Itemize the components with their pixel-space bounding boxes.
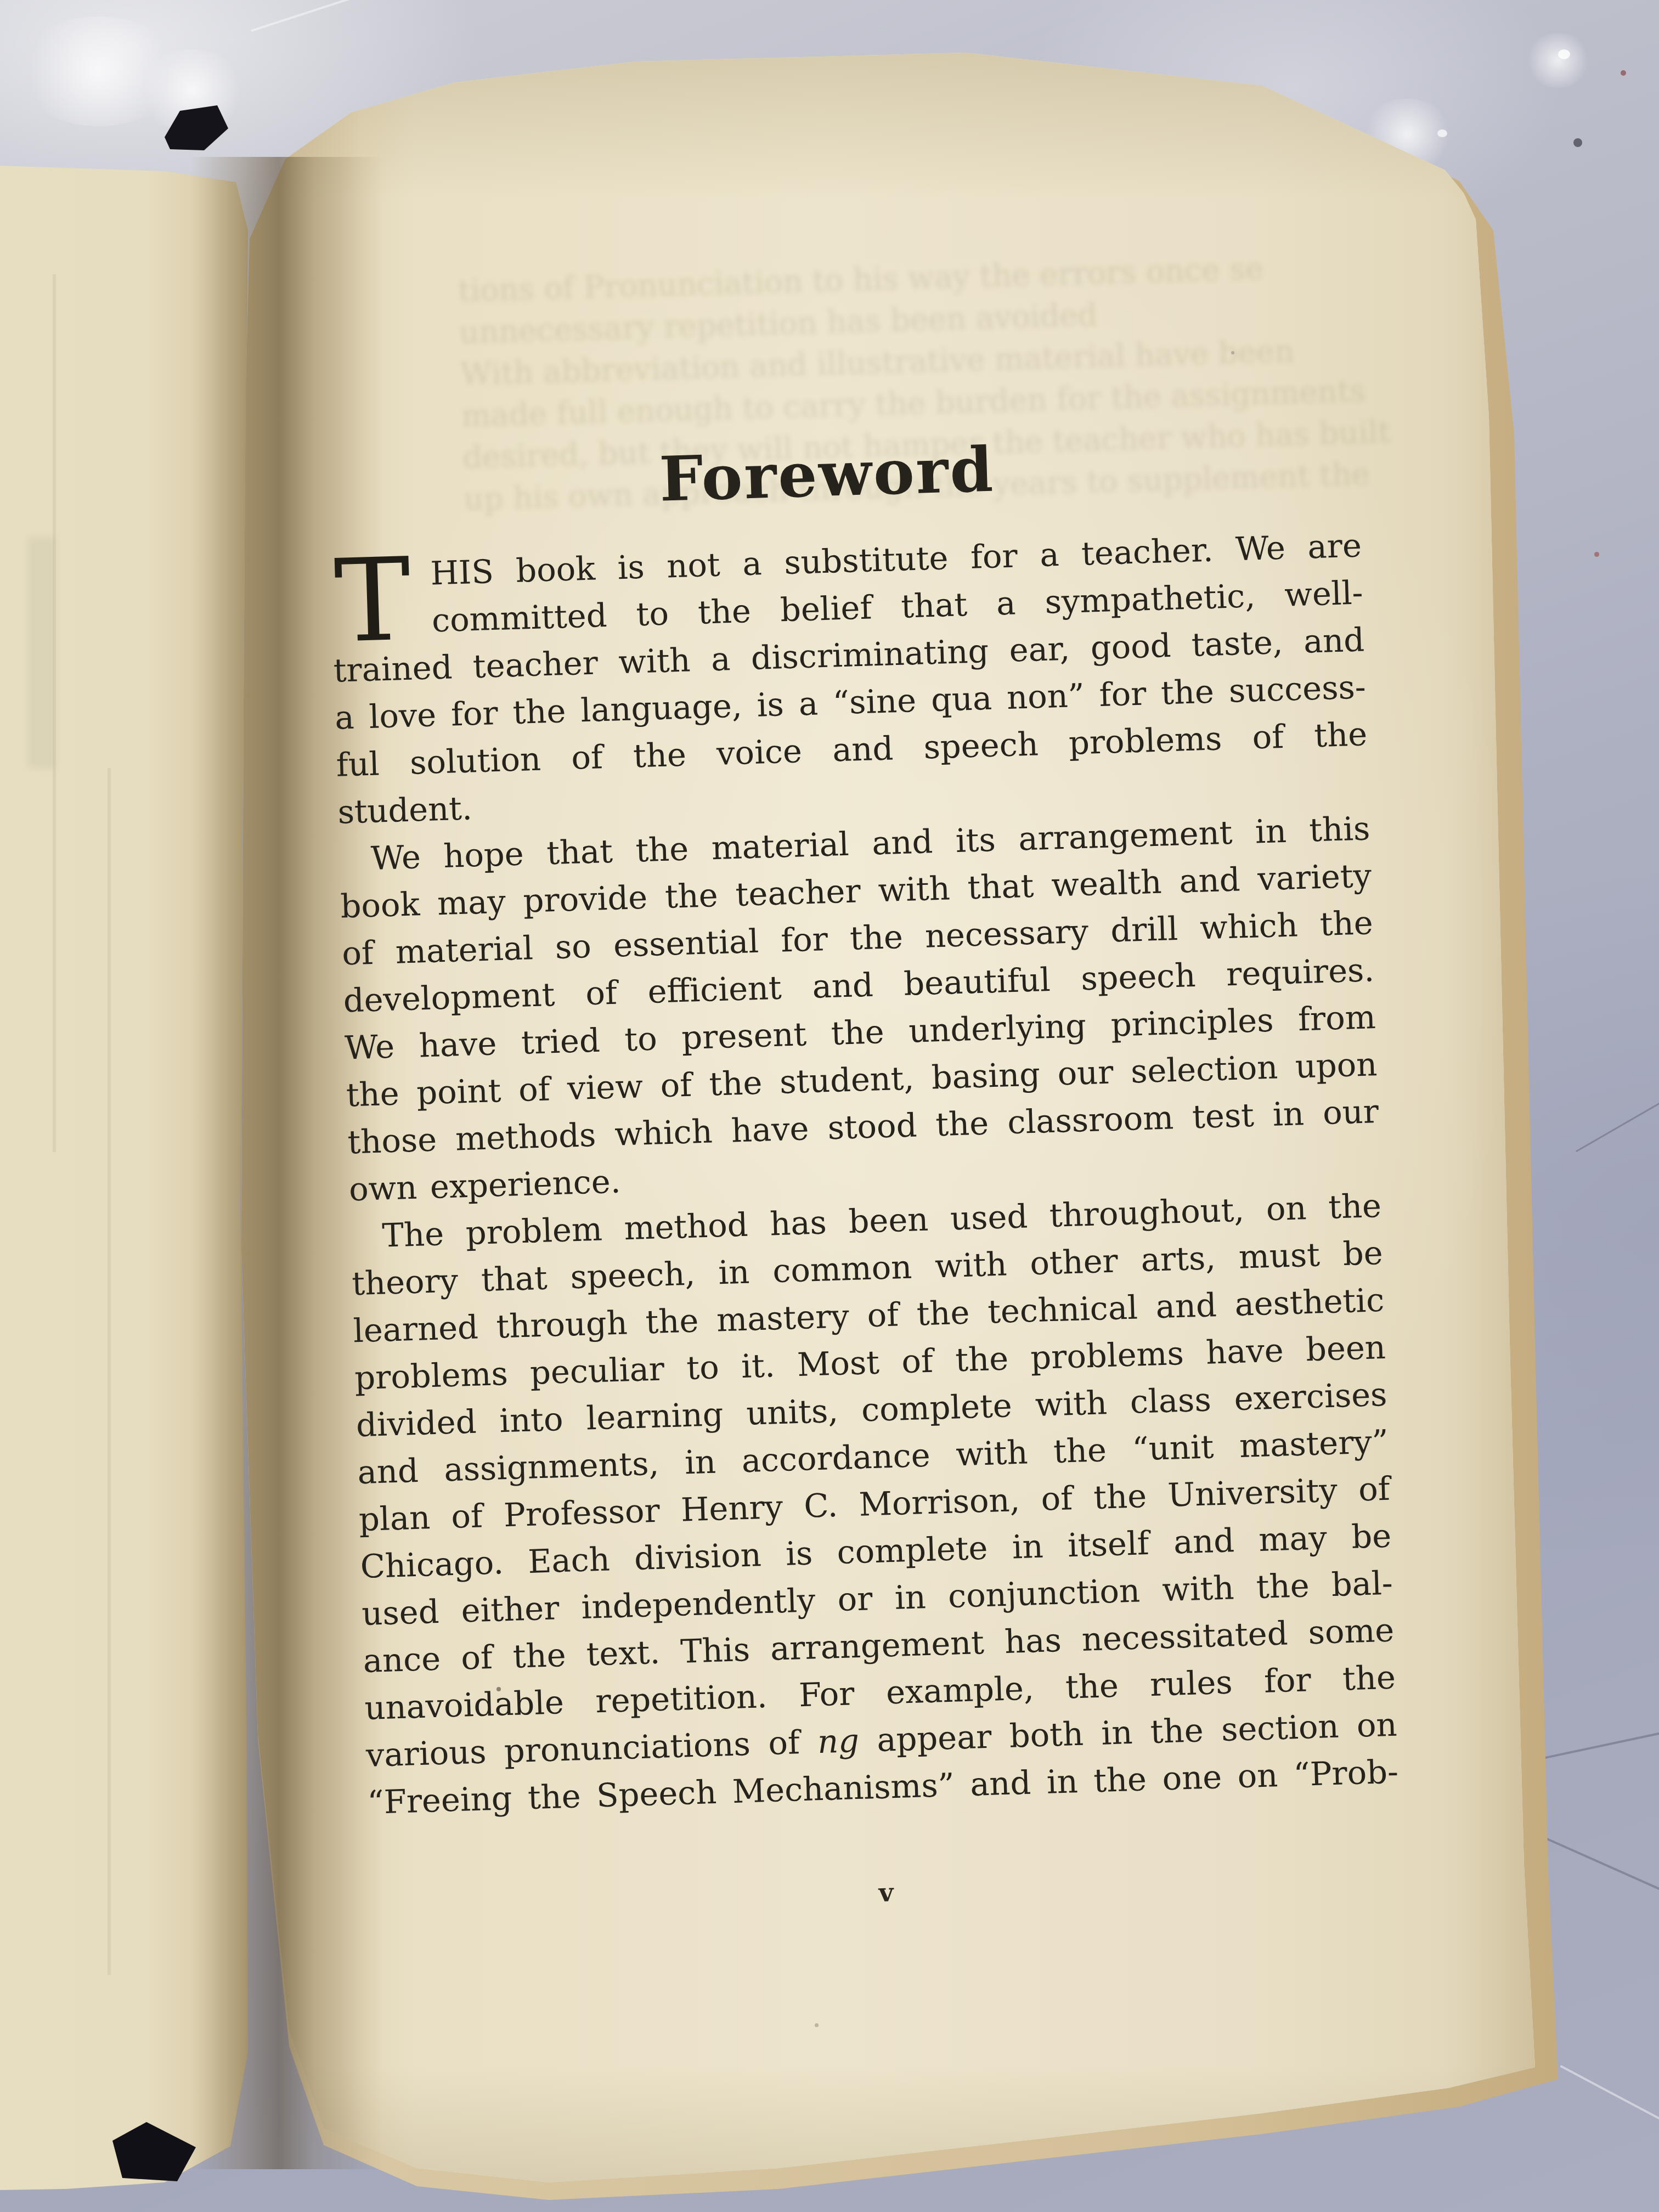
paper-fiber	[108, 768, 111, 1975]
dust-speck	[1437, 129, 1447, 137]
left-page	[0, 0, 263, 2212]
dust-speck	[1231, 351, 1234, 354]
book-photo: tions of Pronunciation to his way the er…	[0, 0, 1659, 2212]
dust-speck	[1573, 138, 1582, 147]
italic-term: ng	[817, 1722, 860, 1760]
dust-speck	[1594, 552, 1599, 557]
scratch-line	[251, 0, 408, 32]
dust-speck	[815, 2023, 819, 2027]
paper-stain	[29, 538, 55, 768]
scratch-line	[1532, 1730, 1659, 1762]
page-content: Foreword T HIS book is not a substitute …	[327, 425, 1402, 1923]
dust-speck	[1558, 49, 1570, 59]
body-text: T HIS book is not a substitute for a tea…	[330, 522, 1399, 1826]
scratch-line	[1576, 1099, 1659, 1153]
light-blotch	[1525, 33, 1591, 88]
dust-speck	[1621, 70, 1626, 76]
text-segment: various pronunciations of	[365, 1723, 818, 1774]
dust-speck	[496, 1687, 501, 1691]
scratch-line	[1560, 2065, 1659, 2129]
